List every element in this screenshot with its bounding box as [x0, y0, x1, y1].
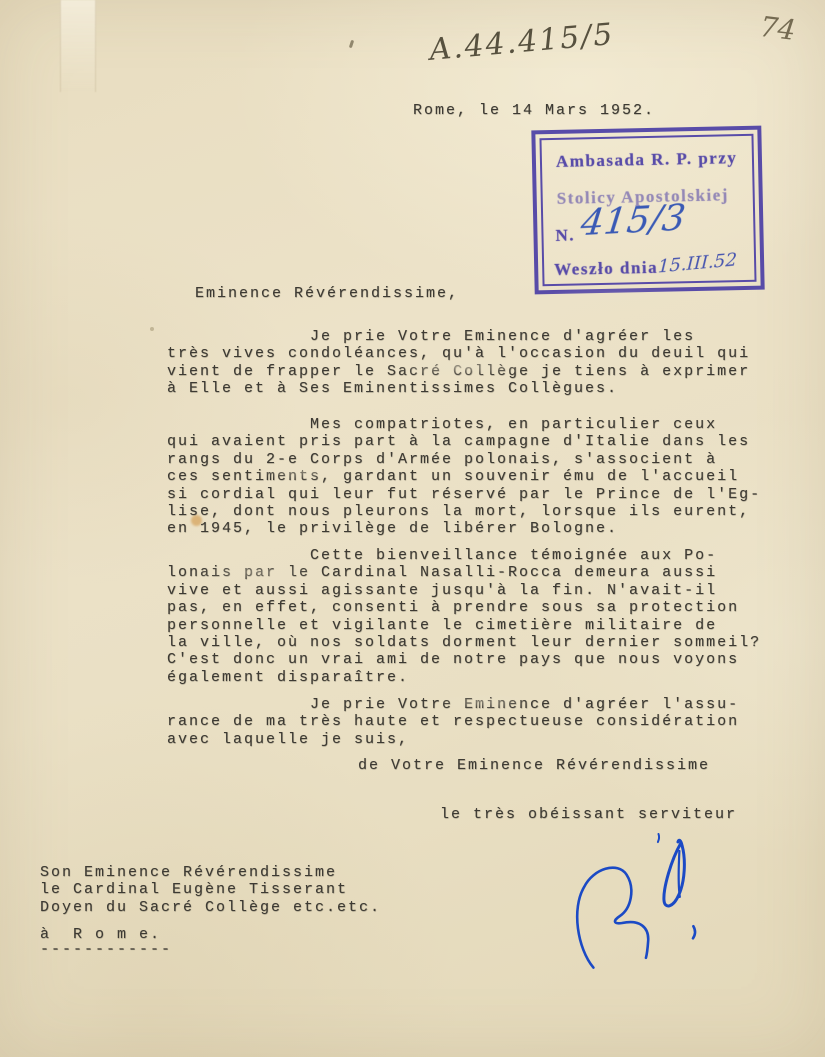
embassy-receipt-stamp: Ambasada R. P. przy Stolicy Apostolskiej…	[531, 126, 764, 295]
closing-line-2: le très obéissant serviteur	[440, 806, 737, 823]
signature-ink	[541, 820, 779, 982]
dateline: Rome, le 14 Mars 1952.	[413, 102, 655, 119]
folio-page-number-handwritten: 74	[758, 10, 797, 47]
scanned-letter-page: A.44.415/5 74 Rome, le 14 Mars 1952. Amb…	[0, 0, 825, 1057]
paragraph-3: Cette bienveillance témoignée aux Po- lo…	[167, 547, 761, 686]
stamp-number-value-handwritten: 415/3	[579, 197, 688, 244]
paragraph-1: Je prie Votre Eminence d'agréer les très…	[167, 328, 750, 398]
paragraph-2: Mes compatriotes, en particulier ceux qu…	[167, 416, 761, 538]
recipient-address: Son Eminence Révérendissime le Cardinal …	[40, 864, 381, 916]
tape-residue-mark	[60, 0, 96, 92]
paragraph-4: Je prie Votre Eminence d'agréer l'assu- …	[167, 696, 739, 748]
paper-speck	[150, 327, 154, 331]
archival-reference-handwritten: A.44.415/5	[428, 17, 616, 68]
recipient-underline: ------------	[40, 941, 172, 958]
salutation: Eminence Révérendissime,	[195, 285, 459, 302]
closing-line-1: de Votre Eminence Révérendissime	[358, 757, 710, 774]
stamp-number-label: N.	[555, 226, 575, 246]
stamp-received-label: Weszło dnia	[554, 258, 658, 280]
stamp-org-line1: Ambasada R. P. przy	[556, 148, 738, 172]
ink-speck	[349, 40, 354, 49]
